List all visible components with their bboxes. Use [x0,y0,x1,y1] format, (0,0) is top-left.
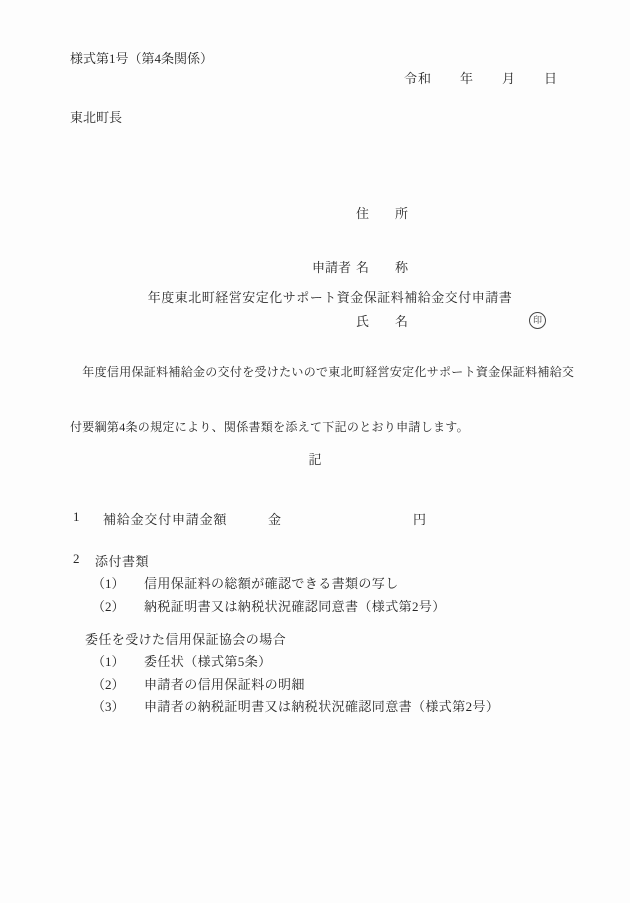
attachment-2-prefix: （2） [92,596,125,615]
seal-mark-icon: 印 [529,312,546,329]
delegation-heading: 委任を受けた信用保証協会の場合 [85,629,286,648]
item1-number: 1 [73,509,80,525]
attachment-2-text: 納税証明書又は納税状況確認同意書（様式第2号） [144,596,446,615]
delegation-attachment-1-text: 委任状（様式第5条） [144,651,272,670]
attachment-1-text: 信用保証料の総額が確認できる書類の写し [144,573,399,592]
form-number: 様式第1号（第4条関係） [70,48,213,67]
delegation-attachment-2-text: 申請者の信用保証料の明細 [144,674,305,693]
attachment-1-prefix: （1） [92,573,125,592]
item2-number: 2 [73,551,80,567]
person-name-label: 氏 名 [356,311,408,330]
delegation-attachment-3-prefix: （3） [92,696,125,715]
applicant-address-row: 住 所 [312,201,546,223]
document-page: 様式第1号（第4条関係） 令和 年 月 日 東北町長 住 所 申請者 名 称 氏… [0,0,630,903]
address-label: 住 所 [356,203,408,222]
addressee: 東北町長 [70,107,122,126]
applicant-role-label: 申請者 [312,257,356,276]
date-line: 令和 年 月 日 [404,68,558,87]
amount-suffix: 円 [413,509,426,528]
applicant-name-row: 申請者 名 称 [312,255,546,277]
delegation-attachment-2-prefix: （2） [92,674,125,693]
name-label: 名 称 [356,257,408,276]
document-title: 年度東北町経営安定化サポート資金保証料補給金交付申請書 [30,287,630,306]
item1-label: 補給金交付申請金額 [103,509,227,528]
amount-prefix: 金 [268,509,281,528]
body-line-1: 年度信用保証料補給金の交付を受けたいので東北町経営安定化サポート資金保証料補給交 [70,361,575,384]
item2-label: 添付書類 [95,551,149,570]
body-line-2: 付要綱第4条の規定により、関係書類を添えて下記のとおり申請します。 [70,416,575,439]
delegation-attachment-3-text: 申請者の納税証明書又は納税状況確認同意書（様式第2号） [144,696,499,715]
delegation-attachment-1-prefix: （1） [92,651,125,670]
section-marker: 記 [0,449,630,468]
applicant-person-row: 氏 名 印 [312,309,546,331]
